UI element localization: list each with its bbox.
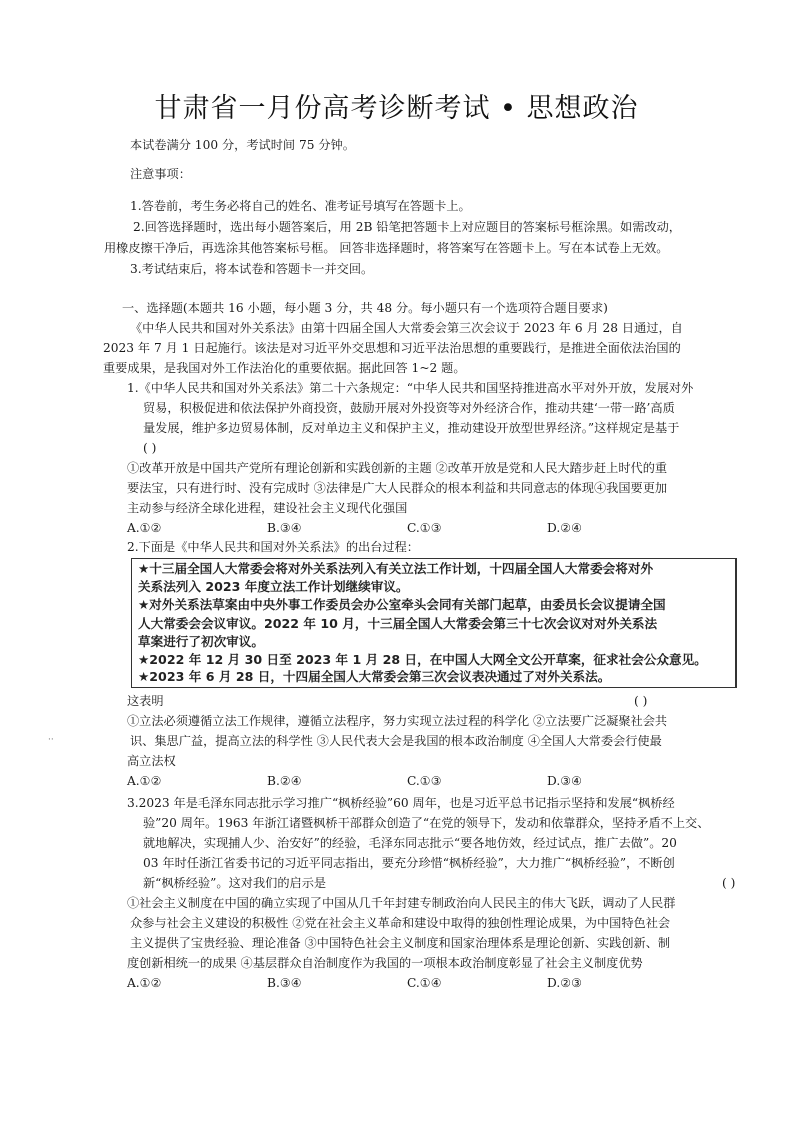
option-a[interactable]: A.①② <box>127 520 162 536</box>
option-c[interactable]: C.①④ <box>407 975 442 991</box>
answer-paren: ( ) <box>143 440 156 456</box>
note-2-cont: 用橡皮擦干净后，再选涂其他答案标号框。 回答非选择题时，将答案写在答题卡上。写在… <box>104 240 669 256</box>
question-stem: 03 年时任浙江省委书记的习近平同志指出，要充分珍惜“枫桥经验”，大力推广“枫桥… <box>143 855 675 871</box>
option-a[interactable]: A.①② <box>127 975 162 991</box>
section-heading: 一、选择题(本题共 16 小题，每小题 3 分，共 48 分。每小题只有一个选项… <box>122 300 608 316</box>
question-stem: 新“枫桥经验”。这对我们的启示是 <box>143 875 326 891</box>
option-d[interactable]: D.③④ <box>547 773 582 789</box>
statement-line: ①改革开放是中国共产党所有理论创新和实践创新的主题 ②改革开放是党和人民大踏步赶… <box>127 460 667 476</box>
question-stem: 1.《中华人民共和国对外关系法》第二十六条规定：“中华人民共和国坚持推进高水平对… <box>127 380 693 396</box>
question-stem: 就地解决，实现捕人少、治安好”的经验，毛泽东同志批示“要各地仿效，经过试点，推广… <box>143 835 677 851</box>
option-d[interactable]: D.②③ <box>547 975 582 991</box>
material-line: 《中华人民共和国对外关系法》由第十四届全国人大常委会第三次会议于 2023 年 … <box>130 320 683 336</box>
legislation-process-box: ★十三届全国人大常委会将对外关系法列入有关立法工作计划，十四届全国人大常委会将对… <box>131 558 737 688</box>
question-prompt: 这表明 <box>127 693 164 709</box>
answer-paren: ( ) <box>722 875 735 891</box>
question-stem: 量发展，维护多边贸易体制，反对单边主义和保护主义，推动建设开放型世界经济。”这样… <box>143 420 679 436</box>
box-line: ★2023 年 6 月 28 日，十四届全国人大常委会第三次会议表决通过了对外关… <box>138 669 610 685</box>
question-stem: 验”20 周年。1963 年浙江诸暨枫桥干部群众创造了“在党的领导下，发动和依靠… <box>143 815 709 831</box>
option-c[interactable]: C.①③ <box>407 773 442 789</box>
option-b[interactable]: B.③④ <box>267 975 302 991</box>
question-stem: 贸易，积极促进和依法保护外商投资，鼓励开展对外投资等对外经济合作，推动共建‘一带… <box>143 400 675 416</box>
statement-line: 识、集思广益，提高立法的科学性 ③人民代表大会是我国的根本政治制度 ④全国人大常… <box>130 733 662 749</box>
statement-line: 主义提供了宝贵经验、理论准备 ③中国特色社会主义制度和国家治理体系是理论创新、实… <box>130 935 670 951</box>
material-line: 2023 年 7 月 1 日起施行。该法是对习近平外交思想和习近平法治思想的重要… <box>103 340 681 356</box>
box-line: ★2022 年 12 月 30 日至 2023 年 1 月 28 日，在中国人大… <box>138 652 707 668</box>
box-line: 人大常委会会议审议。2022 年 10 月，十三届全国人大常委会第三十七次会议对… <box>138 616 657 632</box>
statement-line: ①立法必须遵循立法工作规律，遵循立法程序，努力实现立法过程的科学化 ②立法要广泛… <box>127 713 667 729</box>
option-d[interactable]: D.②④ <box>547 520 582 536</box>
option-a[interactable]: A.①② <box>127 773 162 789</box>
box-line: 关系法列入 2023 年度立法工作计划继续审议。 <box>138 579 409 595</box>
statement-line: 高立法权 <box>127 753 176 769</box>
note-1: 1.答卷前，考生务必将自己的姓名、准考证号填写在答题卡上。 <box>130 198 471 214</box>
statement-line: 度创新相统一的成果 ④基层群众自治制度作为我国的一项根本政治制度彰显了社会主义制… <box>127 955 643 971</box>
option-b[interactable]: B.②④ <box>267 773 302 789</box>
statement-line: 要法宝，只有进行时、没有完成时 ③法律是广大人民群众的根本利益和共同意志的体现④… <box>127 480 667 496</box>
note-2: 2.回答选择题时，选出每小题答案后，用 2B 铅笔把答题卡上对应题目的答案标号框… <box>133 219 681 235</box>
notes-heading: 注意事项： <box>130 166 191 182</box>
margin-mark: ·· <box>48 735 54 745</box>
option-b[interactable]: B.③④ <box>267 520 302 536</box>
statement-line: 众参与社会主义建设的积极性 ②党在社会主义革命和建设中取得的独创性理论成果，为中… <box>130 915 670 931</box>
material-line: 重要成果，是我国对外工作法治化的重要依据。据此回答 1~2 题。 <box>103 360 466 376</box>
statement-line: 主动参与经济全球化进程，建设社会主义现代化强国 <box>127 500 407 516</box>
page-title: 甘肃省一月份高考诊断考试 • 思想政治 <box>0 86 793 125</box>
answer-paren: ( ) <box>634 693 647 709</box>
option-c[interactable]: C.①③ <box>407 520 442 536</box>
box-line: 草案进行了初次审议。 <box>138 634 264 650</box>
question-stem: 3.2023 年是毛泽东同志批示学习推广“枫桥经验”60 周年，也是习近平总书记… <box>127 795 675 811</box>
question-stem: 2.下面是《中华人民共和国对外关系法》的出台过程： <box>127 539 419 555</box>
box-line: ★对外关系法草案由中央外事工作委员会办公室牵头会同有关部门起草，由委员长会议提请… <box>138 597 666 613</box>
box-line: ★十三届全国人大常委会将对外关系法列入有关立法工作计划，十四届全国人大常委会将对… <box>138 561 653 577</box>
statement-line: ①社会主义制度在中国的确立实现了中国从几千年封建专制政治向人民民主的伟大飞跃，调… <box>127 895 675 911</box>
note-3: 3.考试结束后，将本试卷和答题卡一并交回。 <box>130 261 373 277</box>
exam-intro: 本试卷满分 100 分，考试时间 75 分钟。 <box>130 137 355 153</box>
